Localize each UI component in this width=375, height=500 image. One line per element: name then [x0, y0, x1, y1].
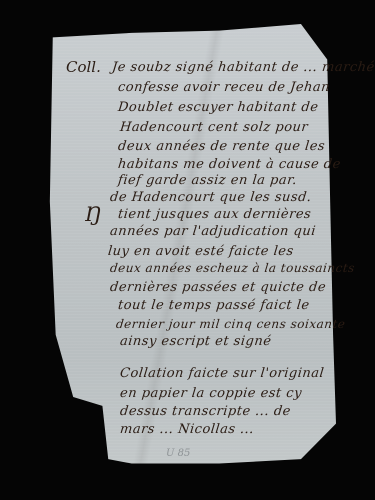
text-line: deux années escheuz à la toussaincts — [109, 261, 355, 275]
text-line: Hadencourt cent solz pour — [119, 120, 309, 135]
text-line: habitans me doivent à cause de — [117, 157, 341, 172]
text-line: Je soubz signé habitant de ... marché — [111, 60, 375, 75]
margin-note-mark: Ŋ — [84, 202, 101, 226]
text-line: luy en avoit esté faicte les — [107, 244, 294, 259]
pencil-annotation: U 85 — [166, 448, 190, 459]
text-line: dernier jour mil cinq cens soixante — [115, 317, 346, 331]
text-line: dessus transcripte ... de — [119, 404, 291, 419]
text-line: Doublet escuyer habitant de — [117, 100, 319, 115]
text-line: deux années de rente que les — [117, 139, 326, 154]
text-line: confesse avoir receu de Jehan — [117, 80, 331, 95]
text-line: mars ... Nicollas ... — [119, 422, 255, 437]
text-line: fief garde assiz en la par. — [117, 173, 298, 188]
text-line: dernières passées et quicte de — [109, 280, 327, 295]
text-line: ainsy escript et signé — [119, 334, 272, 349]
text-line: tout le temps passé faict le — [117, 298, 310, 313]
text-line: en papier la coppie est cy — [119, 386, 302, 401]
text-line: tient jusques aux dernières — [117, 207, 312, 222]
text-line: Collation faicte sur l'original — [119, 366, 325, 381]
text-line: de Hadencourt que les susd. — [109, 190, 312, 205]
text-line: années par l'adjudication qui — [109, 224, 316, 239]
margin-note-coll: Coll. — [66, 58, 101, 76]
